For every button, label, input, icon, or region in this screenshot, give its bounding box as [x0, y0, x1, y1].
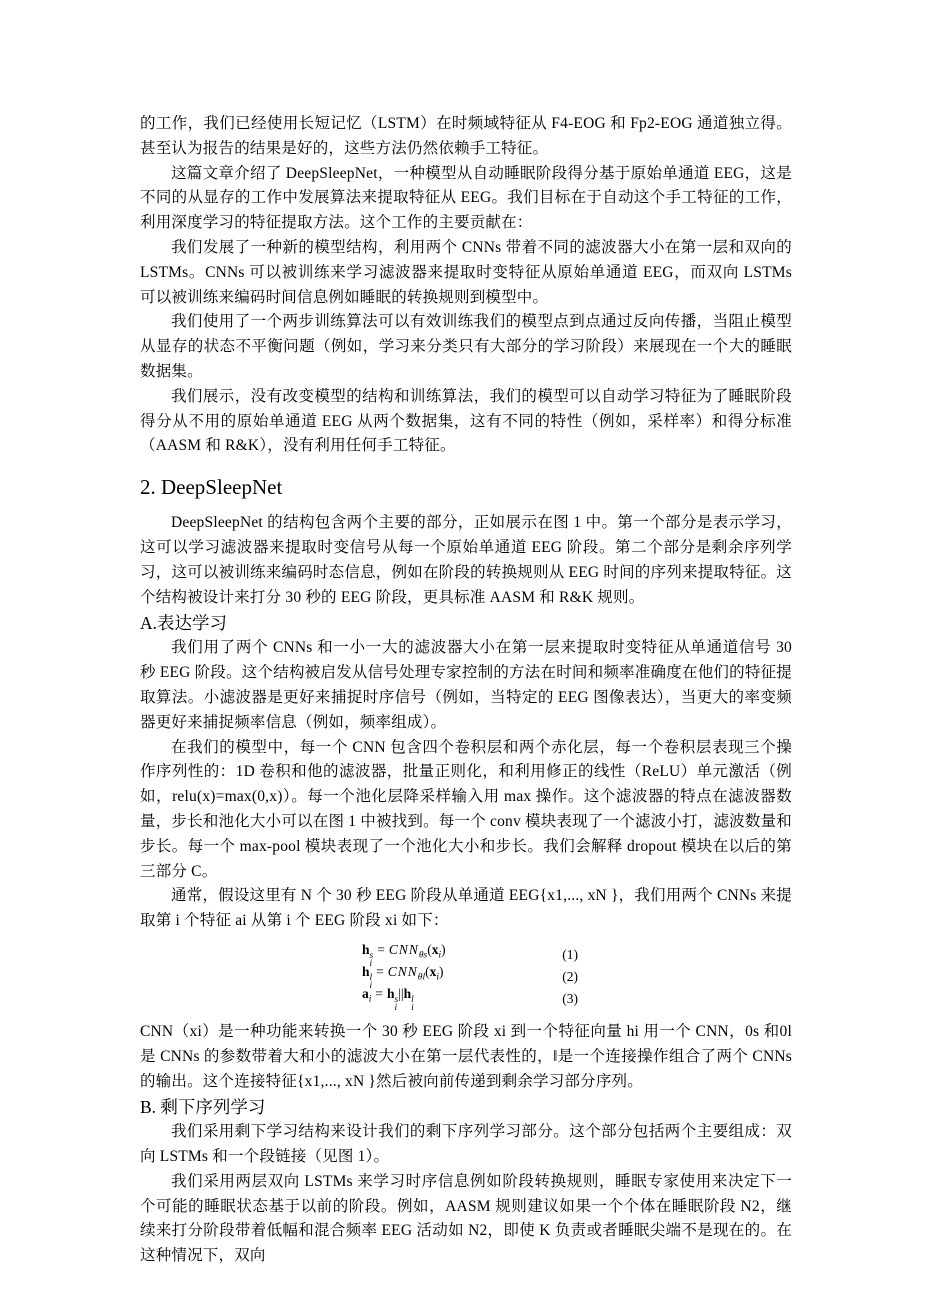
paragraph-cnn-explanation: CNN（xi）是一种功能来转换一个 30 秒 EEG 阶段 xi 到一个特征向量… — [140, 1020, 792, 1094]
equation-block: hsi=CNNθs(xi) (1) hli=CNNθl(xi) (2) ai=h… — [362, 944, 578, 1010]
section-heading: 2. DeepSleepNet — [140, 472, 792, 502]
paragraph-architecture: DeepSleepNet 的结构包含两个主要的部分，正如展示在图 1 中。第一个… — [140, 511, 792, 610]
paragraph-sequence-2: 我们采用两层双向 LSTMs 来学习时序信息例如阶段转换规则，睡眠专家使用来决定… — [140, 1170, 792, 1269]
paragraph-representation-3: 通常，假设这里有 N 个 30 秒 EEG 阶段从单通道 EEG{x1,...,… — [140, 884, 792, 934]
paragraph-representation-2: 在我们的模型中，每一个 CNN 包含四个卷积层和两个赤化层，每一个卷积层表现三个… — [140, 736, 792, 885]
equation-1: hsi=CNNθs(xi) (1) — [362, 944, 578, 966]
paragraph-contribution-3: 我们展示，没有改变模型的结构和训练算法，我们的模型可以自动学习特征为了睡眠阶段得… — [140, 385, 792, 459]
subsection-heading-b: B. 剩下序列学习 — [140, 1094, 792, 1120]
equation-1-number: (1) — [562, 947, 578, 963]
paragraph-representation-1: 我们用了两个 CNNs 和一小一大的滤波器大小在第一层来提取时变特征从单通道信号… — [140, 636, 792, 735]
subsection-heading-a: A.表达学习 — [140, 610, 792, 636]
equation-2-number: (2) — [562, 969, 578, 985]
paragraph-continuation: 的工作，我们已经使用长短记忆（LSTM）在时频域特征从 F4-EOG 和 Fp2… — [140, 112, 792, 162]
equation-2: hli=CNNθl(xi) (2) — [362, 966, 578, 988]
equation-3: ai=hsi||hli (3) — [362, 988, 578, 1010]
paragraph-contribution-1: 我们发展了一种新的模型结构，利用两个 CNNs 带着不同的滤波器大小在第一层和双… — [140, 236, 792, 310]
paragraph-sequence-1: 我们采用剩下学习结构来设计我们的剩下序列学习部分。这个部分包括两个主要组成：双向… — [140, 1120, 792, 1170]
equation-3-formula: ai=hsi||hli — [362, 986, 414, 1012]
paragraph-intro: 这篇文章介绍了 DeepSleepNet，一种模型从自动睡眠阶段得分基于原始单通… — [140, 162, 792, 236]
equation-3-number: (3) — [562, 991, 578, 1007]
document-page: 的工作，我们已经使用长短记忆（LSTM）在时频域特征从 F4-EOG 和 Fp2… — [0, 0, 926, 1309]
paragraph-contribution-2: 我们使用了一个两步训练算法可以有效训练我们的模型点到点通过反向传播，当阻止模型从… — [140, 310, 792, 384]
